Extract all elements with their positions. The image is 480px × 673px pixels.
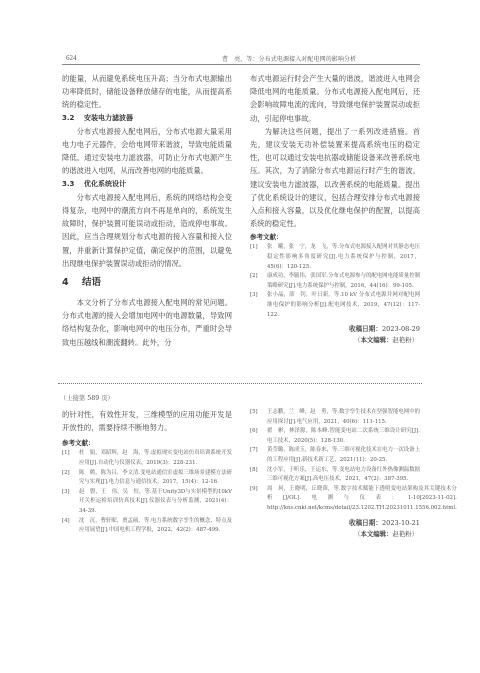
reference-list: [1] 张 曦，张 宁，龙 飞，等.分布式电源接入配网对其静态电压稳定性影响多角… [250,243,420,320]
received-value: 2023-08-29 [382,325,420,333]
reference-item: [3] 张小晶，薛 钊，叶日新，等.10 kV 分布式电源并网对配电网继电保护的… [250,291,420,320]
page-number: 624 [66,54,77,62]
paragraph: 为解决这些问题，提出了一系列改进措施。首先，建议安装无功补偿装置来提高系统电压的… [250,125,420,231]
reference-item: [2] 康成功，李毓伟，张国军.分布式电源参与的配电网电能质量控制策略研究[J]… [250,272,420,291]
reference-text: 翟 彬，林泽源，陈本峰.智能变电站二次系统三维设计研究[J].电工技术，2020… [267,427,420,446]
running-header: 624 曹 亮，等：分布式电源接入对配电网的影响分析 [62,51,420,65]
reference-text: 赵 磐，王 伟，吴 恒，等.基于Unity3D与实景模型的10kV开关柜运检培训… [79,488,232,517]
section-title: 优化系统设计 [84,180,126,188]
lower-left-column: 的针对性，有效性开发，三维模型的应用功能开发是开放性的，需要持续不断地努力。 参… [62,408,232,536]
article-divider [58,383,422,384]
paragraph: 本文分析了分布式电源接入配电网的常见问题。分布式电源的接入会增加电网中的电源数量… [62,296,232,349]
reference-text: 张小晶，薛 钊，叶日新，等.10 kV 分布式电源并网对配电网继电保护的影响分析… [267,291,420,320]
section-title: 安装电力滤波器 [84,114,133,122]
reference-index: [1] [250,243,267,272]
received-value: 2023-10-21 [382,519,420,527]
reference-index: [8] [250,466,267,485]
section-heading-4: 4结语 [62,276,232,290]
reference-text: 周 珂，王晓明，丘晓茵，等.数字技术赋能下透明变电站架构及其关键技术分析[J/O… [267,485,457,514]
reference-item: [1] 杜 娟，邓昭辉，赵 海，等.虚拟现实变电站仿真培训系统开发应用[J].自… [62,449,232,468]
references-heading: 参考文献： [250,232,420,243]
reference-item: [5] 王志鹏，兰 峰，赵 勇，等.数字孪生技术在坚强智能电网中的应用探讨[J]… [250,408,420,427]
editor-label: 本文编辑： [360,530,392,538]
reference-list: [1] 杜 娟，邓昭辉，赵 海，等.虚拟现实变电站仿真培训系统开发应用[J].自… [62,449,232,535]
paragraph: 布式电源运行时会产生大量的谐波，谐波进入电网会降低电网的电能质量。分布式电源接入… [250,72,420,125]
editor-note: （本文编辑：赵艳粉） [250,529,420,540]
paragraph: 分布式电源接入配电网后，系统的网络结构会变得复杂，电网中的潮流方向不再是单向的，… [62,191,232,270]
paragraph: 分布式电源接入配电网后，分布式电源大量采用电力电子元器件，会给电网带来谐波，导致… [62,125,232,178]
reference-item: [7] 黄莹璐，陈成玉，陈春来，等.三维可视化技术在电力一次设备上的工程应用[J… [250,446,420,465]
continued-from-note: （上接第 589 页） [60,393,114,402]
reference-item: [1] 张 曦，张 宁，龙 飞，等.分布式电源接入配网对其静态电压稳定性影响多角… [250,243,420,272]
section-heading-3-2: 3.2安装电力滤波器 [62,112,232,125]
section-number: 3.2 [62,112,84,125]
editor-name: 赵艳粉 [392,336,411,344]
reference-index: [6] [250,427,267,446]
reference-list: [5] 王志鹏，兰 峰，赵 勇，等.数字孪生技术在坚强智能电网中的应用探讨[J]… [250,408,420,514]
editor-label: 本文编辑： [360,336,392,344]
reference-item: [6] 翟 彬，林泽源，陈本峰.智能变电站二次系统三维设计研究[J].电工技术，… [250,427,420,446]
received-label: 收稿日期： [349,325,382,333]
reference-index: [4] [62,517,79,536]
reference-text: 黄莹璐，陈成玉，陈春来，等.三维可视化技术在电力一次设备上的工程应用[J].新技… [267,446,420,465]
reference-item: [2] 陈 鹤，陈为吕，李文清.变电站通信室虚拟三维场景建模方法研究与实现[J]… [62,469,232,488]
reference-index: [3] [250,291,267,320]
references-heading: 参考文献： [62,438,232,449]
upper-left-column: 的能量，从而避免系统电压升高；当分布式电源输出功率降低时，储能设备释放储存的电能… [62,72,232,349]
reference-item: [4] 沈 沉，曹轩昵，贾孟硕，等.电力系统数字孪生的概念、特点及应用展望[J]… [62,517,232,536]
reference-item: [3] 赵 磐，王 伟，吴 恒，等.基于Unity3D与实景模型的10kV开关柜… [62,488,232,517]
received-date: 收稿日期：2023-10-21 [250,518,420,529]
upper-right-column: 布式电源运行时会产生大量的谐波，谐波进入电网会降低电网的电能质量。分布式电源接入… [250,72,420,346]
editor-note: （本文编辑：赵艳粉） [250,335,420,346]
reference-index: [5] [250,408,267,427]
paragraph: 的能量，从而避免系统电压升高；当分布式电源输出功率降低时，储能设备释放储存的电能… [62,72,232,112]
reference-index: [2] [250,272,267,291]
editor-name: 赵艳粉 [392,530,411,538]
received-label: 收稿日期： [349,519,382,527]
reference-item: [8] 沈小军，于昕乐，王运东，等.变电站电力设备红外热像测温数据三维可视化方案… [250,466,420,485]
reference-index: [9] [250,485,267,514]
reference-text: 陈 鹤，陈为吕，李文清.变电站通信室虚拟三维场景建模方法研究与实现[J].电力信… [79,469,232,488]
reference-text: 沈 沉，曹轩昵，贾孟硕，等.电力系统数字孪生的概念、特点及应用展望[J].中国电… [79,517,232,536]
received-date: 收稿日期：2023-08-29 [250,324,420,335]
reference-index: [3] [62,488,79,517]
reference-text: 沈小军，于昕乐，王运东，等.变电站电力设备红外热像测温数据三维可视化方案[J].… [267,466,420,485]
paragraph: 的针对性，有效性开发，三维模型的应用功能开发是开放性的，需要持续不断地努力。 [62,408,232,434]
section-number: 4 [62,276,82,290]
section-title: 结语 [82,277,101,288]
reference-text: 康成功，李毓伟，张国军.分布式电源参与的配电网电能质量控制策略研究[J].电力系… [267,272,420,291]
reference-text: 张 曦，张 宁，龙 飞，等.分布式电源接入配网对其静态电压稳定性影响多角度研究[… [267,243,420,272]
reference-index: [1] [62,449,79,468]
reference-index: [2] [62,469,79,488]
reference-item: [9] 周 珂，王晓明，丘晓茵，等.数字技术赋能下透明变电站架构及其关键技术分析… [250,485,420,514]
running-title: 曹 亮，等：分布式电源接入对配电网的影响分析 [222,54,356,63]
reference-text: 王志鹏，兰 峰，赵 勇，等.数字孪生技术在坚强智能电网中的应用探讨[J].电气应… [267,408,420,427]
section-heading-3-3: 3.3优化系统设计 [62,178,232,191]
lower-right-column: [5] 王志鹏，兰 峰，赵 勇，等.数字孪生技术在坚强智能电网中的应用探讨[J]… [250,408,420,540]
reference-index: [7] [250,446,267,465]
section-number: 3.3 [62,178,84,191]
reference-text: 杜 娟，邓昭辉，赵 海，等.虚拟现实变电站仿真培训系统开发应用[J].自动化与仪… [79,449,232,468]
